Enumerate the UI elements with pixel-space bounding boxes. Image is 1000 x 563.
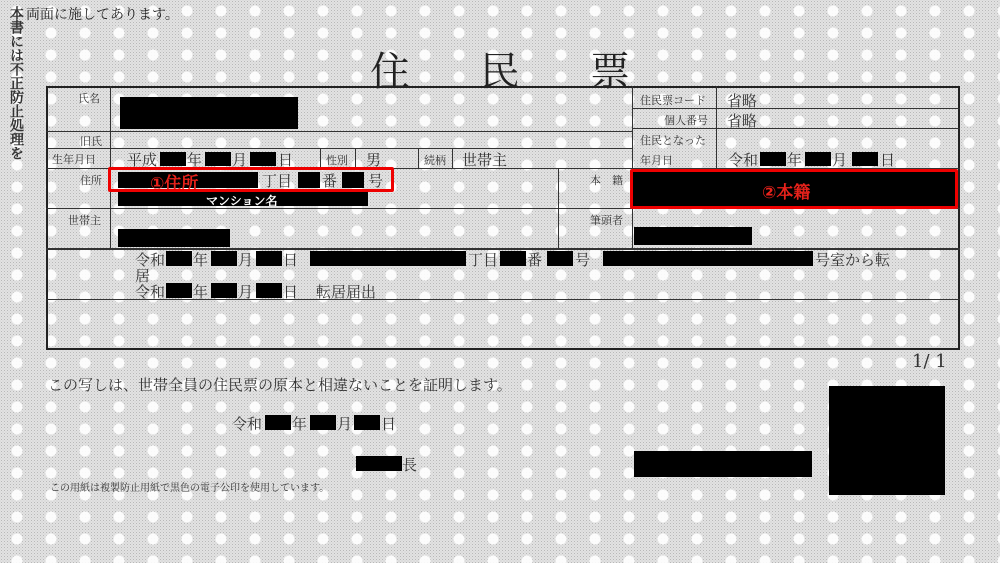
paper-note: この用紙は複製防止用紙で黒色の電子公印を使用しています。 bbox=[50, 479, 329, 494]
cert-month-redaction bbox=[310, 415, 336, 430]
remarks-month-unit-1: 月 bbox=[238, 249, 253, 270]
resident-since-era: 令和 bbox=[728, 149, 758, 170]
householder-label: 世帯主 bbox=[68, 212, 101, 228]
individual-number-label: 個人番号 bbox=[664, 112, 708, 128]
remarks-year-redaction-1 bbox=[166, 251, 192, 266]
cert-day-unit: 日 bbox=[381, 413, 396, 434]
remarks-event: 転居届出 bbox=[316, 281, 376, 302]
resident-since-label-1: 住民となった bbox=[640, 132, 706, 148]
domicile-label: 本 籍 bbox=[590, 172, 623, 188]
birth-year-redaction bbox=[160, 152, 186, 166]
remarks-era-2: 令和 bbox=[135, 281, 165, 302]
birth-day-redaction bbox=[250, 152, 276, 166]
remarks-ban-redaction bbox=[500, 251, 526, 266]
cert-month-unit: 月 bbox=[337, 413, 352, 434]
cert-year-unit: 年 bbox=[292, 413, 307, 434]
remarks-month-redaction-2 bbox=[211, 283, 237, 298]
remarks-day-redaction-2 bbox=[256, 283, 282, 298]
cert-day-redaction bbox=[354, 415, 380, 430]
remarks-go-redaction bbox=[547, 251, 573, 266]
remarks-building-redaction bbox=[603, 251, 813, 266]
address-label: 住所 bbox=[80, 172, 102, 188]
resident-since-year-redaction bbox=[760, 152, 786, 166]
gender-label: 性別 bbox=[326, 152, 348, 168]
official-seal-redaction bbox=[829, 386, 945, 495]
resident-since-day-unit: 日 bbox=[880, 149, 895, 170]
cert-year-redaction bbox=[265, 415, 291, 430]
side-anti-fraud-note: 本書には不正防止処理を bbox=[8, 6, 26, 160]
remarks-year-unit-2: 年 bbox=[193, 281, 208, 302]
name-redaction bbox=[120, 97, 298, 129]
remarks-suffix: 号室から転 bbox=[815, 249, 890, 270]
remarks-year-redaction-2 bbox=[166, 283, 192, 298]
resident-code-value: 省略 bbox=[727, 90, 757, 111]
official-name-redaction bbox=[356, 456, 402, 471]
resident-since-label-2: 年月日 bbox=[640, 152, 673, 168]
individual-number-value: 省略 bbox=[727, 110, 757, 131]
remarks-month-redaction-1 bbox=[211, 251, 237, 266]
head-of-family-label: 筆頭者 bbox=[590, 212, 623, 228]
former-surname-label: 旧氏 bbox=[80, 133, 102, 149]
birthdate-label: 生年月日 bbox=[52, 151, 96, 167]
name-label: 氏名 bbox=[78, 90, 100, 106]
page-indicator: 1/ 1 bbox=[912, 351, 947, 372]
resident-since-year-unit: 年 bbox=[787, 149, 802, 170]
remarks-day-unit-1: 日 bbox=[283, 249, 298, 270]
issuer-redaction bbox=[634, 451, 812, 477]
remarks-year-unit-1: 年 bbox=[193, 249, 208, 270]
birth-month-redaction bbox=[205, 152, 231, 166]
remarks-day-unit-2: 日 bbox=[283, 281, 298, 302]
remarks-address-redaction bbox=[310, 251, 466, 266]
remarks-go: 号 bbox=[575, 249, 590, 270]
building-name: マンション名 bbox=[206, 192, 277, 209]
address-highlight-box bbox=[108, 167, 394, 192]
domicile-annotation: ②本籍 bbox=[762, 178, 810, 203]
relationship-value: 世帯主 bbox=[462, 149, 507, 170]
remarks-ban: 番 bbox=[527, 249, 542, 270]
head-of-family-redaction bbox=[634, 227, 752, 245]
official-suffix: 長 bbox=[402, 454, 417, 475]
relationship-label: 続柄 bbox=[424, 152, 446, 168]
top-note: 両面に施してあります。 bbox=[26, 4, 179, 24]
resident-since-month-unit: 月 bbox=[832, 149, 847, 170]
householder-redaction bbox=[118, 229, 230, 247]
certification-statement: この写しは、世帯全員の住民票の原本と相違ないことを証明します。 bbox=[48, 374, 512, 395]
remarks-month-unit-2: 月 bbox=[238, 281, 253, 302]
resident-since-day-redaction bbox=[852, 152, 878, 166]
remarks-chome: 丁目 bbox=[468, 249, 498, 270]
resident-code-label: 住民票コード bbox=[640, 92, 706, 108]
remarks-day-redaction-1 bbox=[256, 251, 282, 266]
cert-era: 令和 bbox=[232, 413, 262, 434]
resident-since-month-redaction bbox=[805, 152, 831, 166]
